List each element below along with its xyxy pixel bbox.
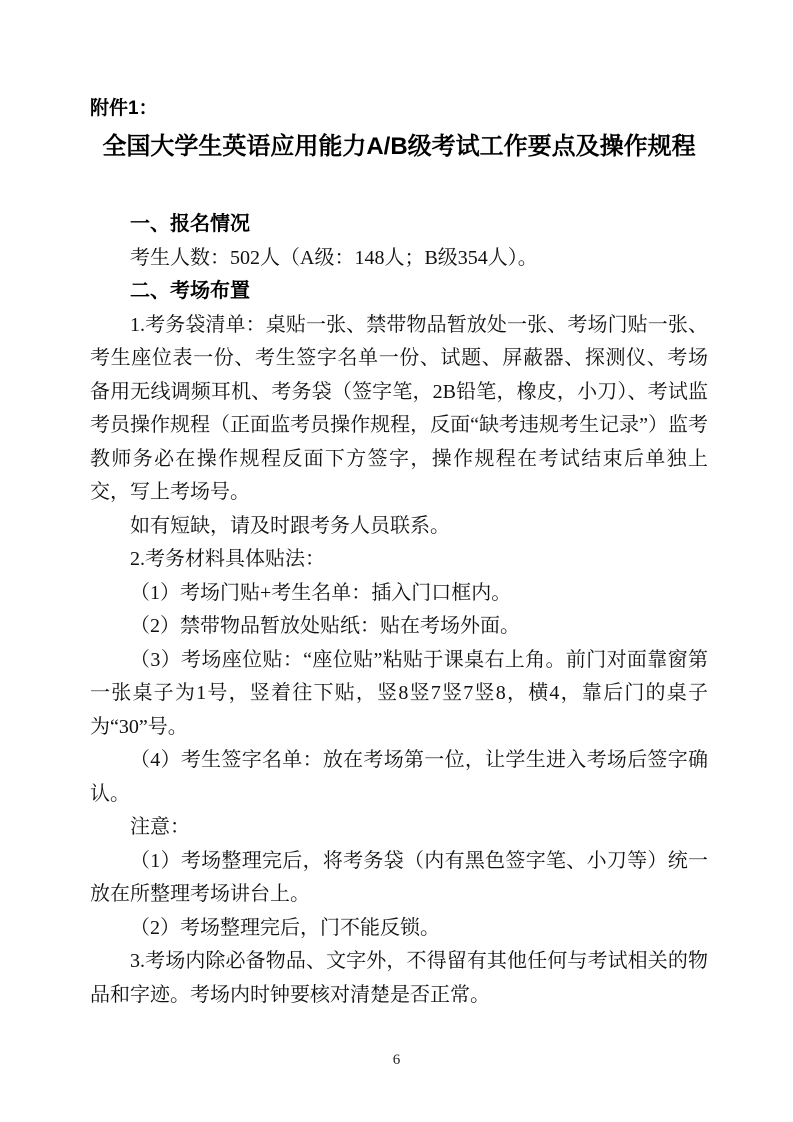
paragraph-item-seat-sticker: （3）考场座位贴：“座位贴”粘贴于课桌右上角。前门对面靠窗第一张桌子为1号，竖着… xyxy=(90,644,708,745)
paragraph-note-label: 注意： xyxy=(90,811,708,845)
paragraph-room-cleanliness: 3.考场内除必备物品、文字外，不得留有其他任何与考试相关的物品和字迹。考场内时钟… xyxy=(90,945,708,1012)
paragraph-item-forbidden-items-sticker: （2）禁带物品暂放处贴纸：贴在考场外面。 xyxy=(90,610,708,644)
paragraph-candidate-count: 考生人数：502人（A级：148人；B级354人）。 xyxy=(90,242,708,276)
document-body: 一、报名情况 考生人数：502人（A级：148人；B级354人）。 二、考场布置… xyxy=(90,208,708,1012)
document-page: 附件1： 全国大学生英语应用能力A/B级考试工作要点及操作规程 一、报名情况 考… xyxy=(0,0,793,1122)
paragraph-shortage-notice: 如有短缺，请及时跟考务人员联系。 xyxy=(90,510,708,544)
page-number: 6 xyxy=(0,1052,793,1069)
paragraph-note-1: （1）考场整理完后，将考务袋（内有黑色签字笔、小刀等）统一放在所整理考场讲台上。 xyxy=(90,845,708,912)
paragraph-note-2: （2）考场整理完后，门不能反锁。 xyxy=(90,912,708,946)
section-heading-room-setup: 二、考场布置 xyxy=(90,275,708,309)
paragraph-item-signature-list: （4）考生签字名单：放在考场第一位，让学生进入考场后签字确认。 xyxy=(90,744,708,811)
attachment-label: 附件1： xyxy=(90,96,708,122)
paragraph-exam-bag-checklist: 1.考务袋清单：桌贴一张、禁带物品暂放处一张、考场门贴一张、考生座位表一份、考生… xyxy=(90,309,708,510)
paragraph-item-door-sticker: （1）考场门贴+考生名单：插入门口框内。 xyxy=(90,577,708,611)
document-content: 附件1： 全国大学生英语应用能力A/B级考试工作要点及操作规程 一、报名情况 考… xyxy=(90,96,708,1012)
document-title: 全国大学生英语应用能力A/B级考试工作要点及操作规程 xyxy=(90,130,708,164)
paragraph-material-posting-method: 2.考务材料具体贴法： xyxy=(90,543,708,577)
section-heading-registration: 一、报名情况 xyxy=(90,208,708,242)
